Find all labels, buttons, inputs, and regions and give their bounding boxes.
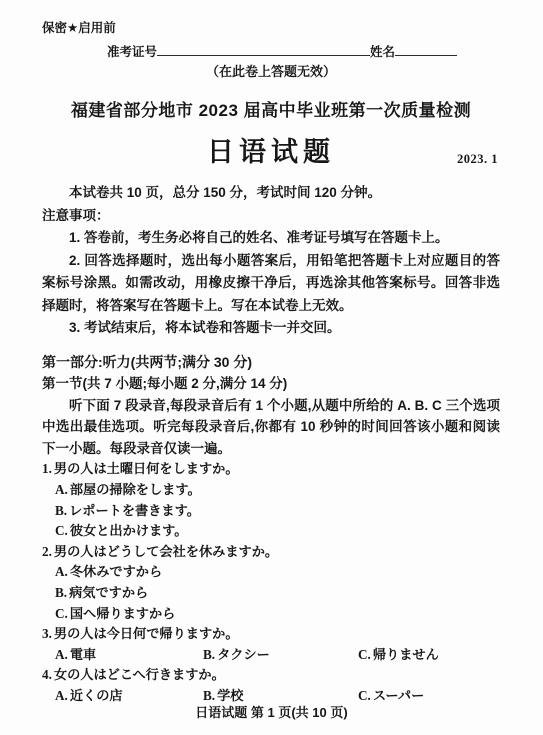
question-2-number: 2. <box>42 544 52 559</box>
question-2-option-a: A.冬休みですから <box>55 562 500 583</box>
section-one-heading: 第一节(共 7 小题;每小题 2 分,满分 14 分) <box>42 373 500 395</box>
option-text: 近くの店 <box>70 688 123 703</box>
question-3-option-c: C.帰りません <box>358 645 500 666</box>
option-label: B. <box>203 688 215 703</box>
paper-title: 日语试题 <box>42 134 500 170</box>
question-1-stem: 1.男の人は土曜日何をしますか。 <box>42 459 500 480</box>
option-text: 国へ帰りますから <box>70 606 176 621</box>
option-label: B. <box>203 647 215 662</box>
option-text: 学校 <box>217 688 243 703</box>
question-list: 1.男の人は土曜日何をしますか。 A.部屋の掃除をします。 B.レポートを書きま… <box>42 459 500 706</box>
notice-block: 本试卷共 10 页，总分 150 分，考试时间 120 分钟。 注意事项： 1.… <box>42 182 500 340</box>
option-text: レポートを書きます。 <box>69 503 200 518</box>
question-1: 1.男の人は土曜日何をしますか。 A.部屋の掃除をします。 B.レポートを書きま… <box>42 459 500 541</box>
option-label: A. <box>55 564 68 579</box>
question-4-number: 4. <box>42 667 52 682</box>
question-4: 4.女の人はどこへ行きますか。 A.近くの店 B.学校 C.スーパー <box>42 665 500 706</box>
listening-instructions: 听下面 7 段录音,每段录音后有 1 个小题,从题中所给的 A. B. C 三个… <box>42 395 500 460</box>
name-blank-line <box>395 42 457 56</box>
question-4-stem: 4.女の人はどこへ行きますか。 <box>42 665 500 686</box>
question-2: 2.男の人はどうして会社を休みますか。 A.冬休みですから B.病気ですから C… <box>42 542 500 624</box>
candidate-fields-row: 准考证号姓名 <box>107 42 500 60</box>
question-1-options: A.部屋の掃除をします。 B.レポートを書きます。 C.彼女と出かけます。 <box>55 480 500 542</box>
question-3-number: 3. <box>42 626 52 641</box>
question-1-option-a: A.部屋の掃除をします。 <box>55 480 500 501</box>
option-label: C. <box>55 523 68 538</box>
option-label: A. <box>55 688 68 703</box>
question-2-stem: 2.男の人はどうして会社を休みますか。 <box>42 542 500 563</box>
question-1-option-c: C.彼女と出かけます。 <box>55 521 500 542</box>
option-text: 部屋の掃除をします。 <box>70 482 201 497</box>
notice-item-1: 1. 答卷前，考生务必将自己的姓名、准考证号填写在答题卡上。 <box>42 227 500 250</box>
question-3-text: 男の人は今日何で帰りますか。 <box>54 626 239 641</box>
admission-number-label: 准考证号 <box>107 45 157 59</box>
question-2-option-b: B.病気ですから <box>55 583 500 604</box>
option-label: A. <box>55 647 68 662</box>
option-text: 電車 <box>70 647 96 662</box>
question-1-text: 男の人は土曜日何をしますか。 <box>54 461 239 476</box>
paper-date: 2023. 1 <box>457 152 498 167</box>
notice-item-3: 3. 考试结束后，将本试卷和答题卡一并交回。 <box>42 317 500 340</box>
option-label: B. <box>55 503 67 518</box>
option-label: C. <box>358 688 371 703</box>
question-2-option-c: C.国へ帰りますから <box>55 604 500 625</box>
question-4-text: 女の人はどこへ行きますか。 <box>54 667 225 682</box>
option-label: B. <box>55 585 67 600</box>
answer-invalid-note: （在此卷上答题无效） <box>42 63 500 80</box>
option-text: 帰りません <box>373 647 439 662</box>
question-3-option-b: B.タクシー <box>203 645 358 666</box>
option-text: 病気ですから <box>69 585 148 600</box>
paper-title-row: 日语试题 2023. 1 <box>42 134 500 170</box>
page-footer: 日语试题 第 1 页(共 10 页) <box>0 702 543 721</box>
question-3-stem: 3.男の人は今日何で帰りますか。 <box>42 624 500 645</box>
option-text: 彼女と出かけます。 <box>70 523 188 538</box>
option-label: A. <box>55 482 68 497</box>
option-label: C. <box>358 647 371 662</box>
question-3: 3.男の人は今日何で帰りますか。 A.電車 B.タクシー C.帰りません <box>42 624 500 665</box>
question-1-number: 1. <box>42 461 52 476</box>
part-one-heading: 第一部分:听力(共两节;满分 30 分) <box>42 352 500 374</box>
notice-item-2: 2. 回答选择题时，选出每小题答案后，用铅笔把答题卡上对应题目的答案标号涂黑。如… <box>42 250 500 318</box>
option-text: 冬休みですから <box>70 564 162 579</box>
question-2-options: A.冬休みですから B.病気ですから C.国へ帰りますから <box>55 562 500 624</box>
confidential-notice: 保密★启用前 <box>42 21 500 36</box>
listening-section: 第一部分:听力(共两节;满分 30 分) 第一节(共 7 小题;每小题 2 分,… <box>42 352 500 460</box>
option-label: C. <box>55 606 68 621</box>
question-3-option-a: A.電車 <box>55 645 203 666</box>
question-3-options: A.電車 B.タクシー C.帰りません <box>55 645 500 666</box>
option-text: スーパー <box>373 688 424 703</box>
exam-org-title: 福建省部分地市 2023 届高中毕业班第一次质量检测 <box>42 99 500 122</box>
admission-number-blank-line <box>157 42 370 56</box>
notice-heading: 注意事项： <box>42 205 500 228</box>
option-text: タクシー <box>217 647 270 662</box>
question-2-text: 男の人はどうして会社を休みますか。 <box>54 544 278 559</box>
paper-intro: 本试卷共 10 页，总分 150 分，考试时间 120 分钟。 <box>42 182 500 205</box>
question-1-option-b: B.レポートを書きます。 <box>55 501 500 522</box>
name-label: 姓名 <box>370 45 395 59</box>
exam-paper-page: 保密★启用前 准考证号姓名 （在此卷上答题无效） 福建省部分地市 2023 届高… <box>0 0 543 735</box>
